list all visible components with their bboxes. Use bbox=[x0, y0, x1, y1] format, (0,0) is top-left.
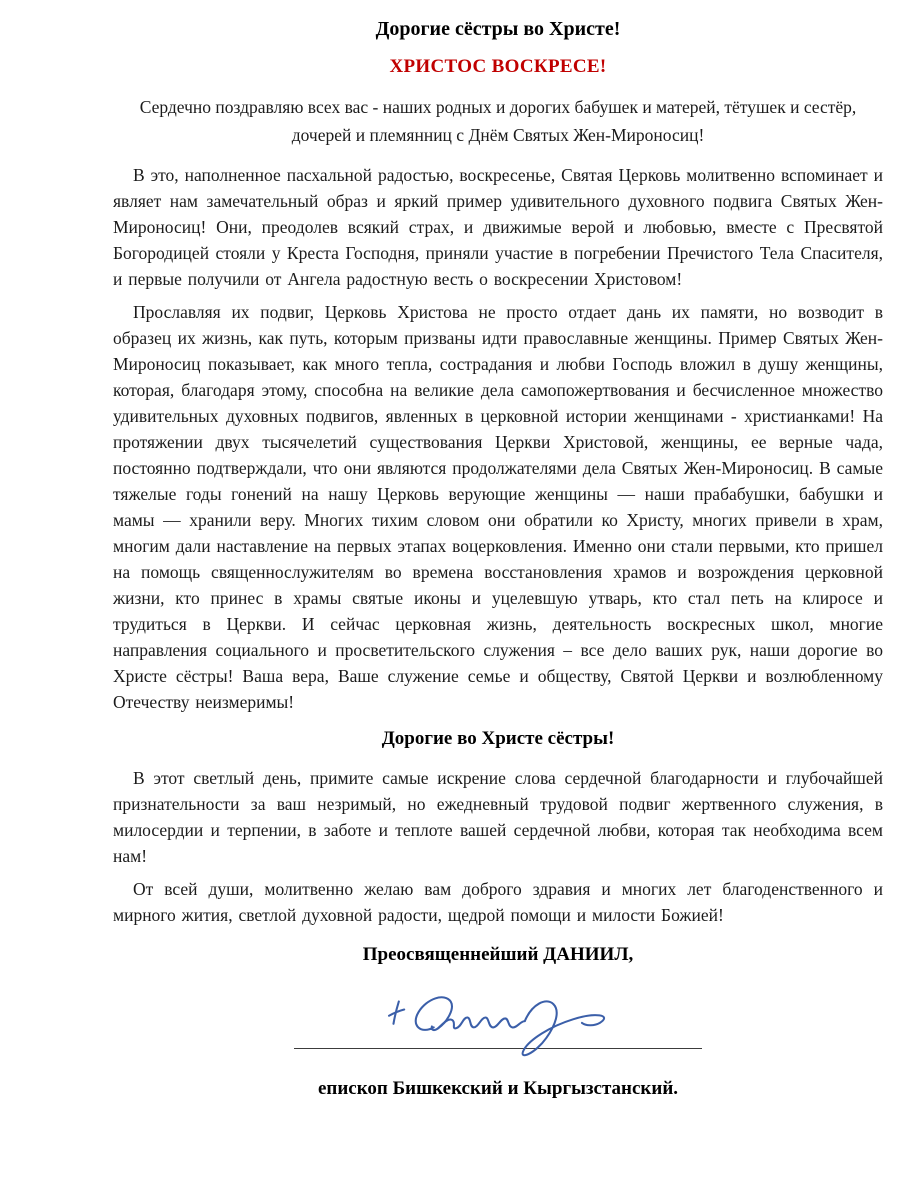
body-paragraph-1: В это, наполненное пасхальной радостью, … bbox=[113, 162, 883, 292]
signoff-name: Преосвященнейший ДАНИИЛ, bbox=[113, 944, 883, 966]
letter-page: Дорогие сёстры во Христе! ХРИСТОС ВОСКРЕ… bbox=[0, 0, 909, 1200]
page-title: Дорогие сёстры во Христе! bbox=[113, 18, 883, 41]
signature-image bbox=[375, 972, 643, 1072]
signature-area bbox=[113, 966, 883, 1078]
greeting-paragraph: Сердечно поздравляю всех вас - наших род… bbox=[138, 93, 858, 149]
proclamation-heading: ХРИСТОС ВОСКРЕСЕ! bbox=[113, 56, 883, 78]
body-paragraph-4: От всей души, молитвенно желаю вам добро… bbox=[113, 876, 883, 928]
second-heading: Дорогие во Христе сёстры! bbox=[113, 728, 883, 750]
body-paragraph-3: В этот светлый день, примите самые искре… bbox=[113, 765, 883, 869]
signoff-title: епископ Бишкекский и Кыргызстанский. bbox=[113, 1078, 883, 1100]
body-paragraph-2: Прославляя их подвиг, Церковь Христова н… bbox=[113, 299, 883, 715]
